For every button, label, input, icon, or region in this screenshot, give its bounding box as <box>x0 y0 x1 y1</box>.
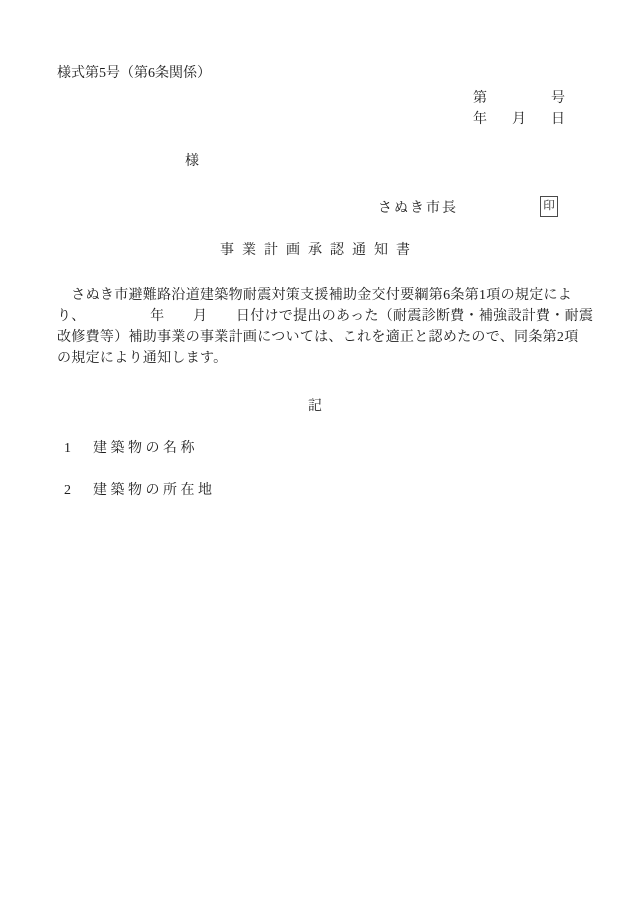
list-item: 2 建築物の所在地 <box>64 481 216 501</box>
document-number-prefix: 第 <box>473 89 487 109</box>
list-item: 1 建築物の名称 <box>64 439 198 459</box>
seal-mark: 印 <box>543 201 555 213</box>
item-number: 1 <box>64 439 93 459</box>
item-label: 建築物の名称 <box>93 439 198 459</box>
document-number-line: 第 号 <box>473 89 565 109</box>
date-day-label: 日 <box>551 110 565 130</box>
body-paragraph: さぬき市避難路沿道建築物耐震対策支援補助金交付要綱第6条第1項の規定によ り、 … <box>57 285 578 369</box>
date-line: 年 月 日 <box>473 110 565 130</box>
date-month-label: 月 <box>512 110 526 130</box>
body-line: さぬき市避難路沿道建築物耐震対策支援補助金交付要綱第6条第1項の規定によ <box>57 285 578 306</box>
form-number-note: 様式第5号（第6条関係） <box>57 64 211 84</box>
body-line: 改修費等）補助事業の事業計画については、これを適正と認めたので、同条第2項 <box>57 327 578 348</box>
item-label: 建築物の所在地 <box>93 481 216 501</box>
seal-box: 印 <box>540 196 558 217</box>
recipient-honorific: 様 <box>185 152 199 172</box>
list-heading: 記 <box>0 397 630 417</box>
body-line: り、 年 月 日付けで提出のあった（耐震診断費・補強設計費・耐震 <box>57 306 578 327</box>
item-number: 2 <box>64 481 93 501</box>
body-line: の規定により通知します。 <box>57 348 578 369</box>
document-title: 事業計画承認通知書 <box>0 241 630 261</box>
date-year-label: 年 <box>473 110 487 130</box>
issuer-name: さぬき市長 <box>378 199 458 219</box>
document-number-suffix: 号 <box>551 89 565 109</box>
document-page: 様式第5号（第6条関係） 第 号 年 月 日 様 さぬき市長 印 事業計画承認通… <box>0 0 630 915</box>
